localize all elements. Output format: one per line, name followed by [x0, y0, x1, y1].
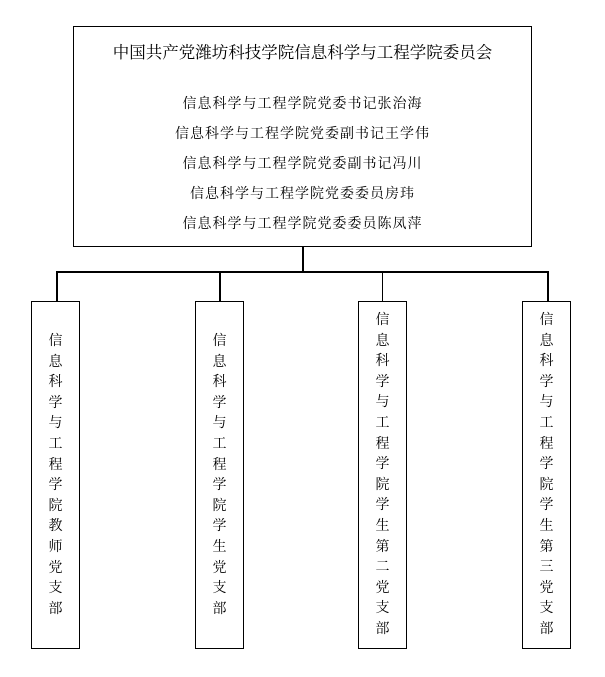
committee-title: 中国共产党潍坊科技学院信息科学与工程学院委员会 [74, 39, 531, 63]
branch-label: 信息科学与工程学院教师党支部 [32, 331, 79, 619]
member-committee-1: 信息科学与工程学院党委委员房玮 [74, 183, 531, 203]
branch-connector-3 [382, 271, 383, 302]
branch-box-students-3: 信息科学与工程学院学生第三党支部 [522, 301, 571, 649]
branch-label: 信息科学与工程学院学生第三党支部 [523, 310, 570, 640]
branch-connector-4 [547, 271, 549, 302]
branch-label: 信息科学与工程学院学生第二党支部 [359, 310, 406, 640]
horizontal-connector [56, 271, 548, 273]
committee-box: 中国共产党潍坊科技学院信息科学与工程学院委员会 信息科学与工程学院党委书记张治海… [73, 26, 532, 247]
branch-connector-1 [56, 271, 58, 302]
branch-connector-2 [219, 271, 221, 302]
trunk-connector [302, 246, 304, 272]
branch-box-teachers: 信息科学与工程学院教师党支部 [31, 301, 80, 649]
branch-box-students-1: 信息科学与工程学院学生党支部 [195, 301, 244, 649]
branch-box-students-2: 信息科学与工程学院学生第二党支部 [358, 301, 407, 649]
member-deputy-secretary-1: 信息科学与工程学院党委副书记王学伟 [74, 123, 531, 143]
member-committee-2: 信息科学与工程学院党委委员陈凤萍 [74, 213, 531, 233]
member-deputy-secretary-2: 信息科学与工程学院党委副书记冯川 [74, 153, 531, 173]
branch-label: 信息科学与工程学院学生党支部 [196, 331, 243, 619]
member-secretary: 信息科学与工程学院党委书记张治海 [74, 93, 531, 113]
